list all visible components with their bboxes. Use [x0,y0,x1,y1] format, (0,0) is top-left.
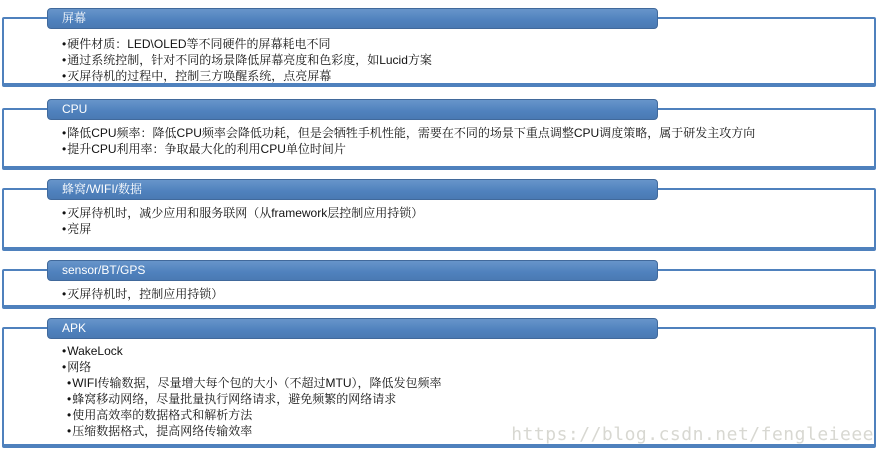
bullet-icon: • [67,392,71,406]
section-sensor-bt-gps-content: •灭屏待机时，控制应用持锁） [62,286,874,302]
bullet-item: •网络 [62,359,874,375]
bullet-text: 网络 [67,360,91,374]
bullet-item: •硬件材质：LED\OLED等不同硬件的屏幕耗电不同 [62,36,874,52]
section-cellular-wifi-data-content: •灭屏待机时，减少应用和服务联网（从framework层控制应用持锁） •亮屏 [62,205,874,237]
section-screen-title: 屏幕 [62,11,86,25]
bullet-icon: • [62,206,66,220]
section-screen-content: •硬件材质：LED\OLED等不同硬件的屏幕耗电不同 •通过系统控制，针对不同的… [62,36,874,84]
bullet-text: 蜂窝移动网络，尽量批量执行网络请求，避免频繁的网络请求 [72,392,396,406]
bullet-text: 硬件材质：LED\OLED等不同硬件的屏幕耗电不同 [67,37,330,51]
section-cpu-header: CPU [47,99,658,120]
bullet-item: •提升CPU利用率：争取最大化的利用CPU单位时间片 [62,141,874,157]
slide-canvas: 屏幕 •硬件材质：LED\OLED等不同硬件的屏幕耗电不同 •通过系统控制，针对… [0,0,880,452]
bullet-text: 灭屏待机时，控制应用持锁） [67,287,223,301]
csdn-watermark: https://blog.csdn.net/fengleieee [511,424,874,445]
bullet-text: 压缩数据格式，提高网络传输效率 [72,424,252,438]
bullet-item: •蜂窝移动网络，尽量批量执行网络请求，避免频繁的网络请求 [62,391,874,407]
bullet-icon: • [62,287,66,301]
bullet-text: WIFI传输数据，尽量增大每个包的大小（不超过MTU），降低发包频率 [72,376,441,390]
section-sensor-bt-gps-header: sensor/BT/GPS [47,260,658,281]
section-apk-title: APK [62,321,86,335]
bullet-icon: • [67,376,71,390]
section-cellular-wifi-data-title: 蜂窝/WIFI/数据 [62,182,142,196]
section-screen-header: 屏幕 [47,8,658,29]
bullet-icon: • [62,360,66,374]
bullet-icon: • [62,53,66,67]
bullet-text: 通过系统控制，针对不同的场景降低屏幕亮度和色彩度，如Lucid方案 [67,53,432,67]
bullet-item: •使用高效率的数据格式和解析方法 [62,407,874,423]
bullet-item: •灭屏待机的过程中，控制三方唤醒系统，点亮屏幕 [62,68,874,84]
section-sensor-bt-gps-title: sensor/BT/GPS [62,263,145,277]
bullet-icon: • [67,424,71,438]
bullet-item: •亮屏 [62,221,874,237]
bullet-item: •WIFI传输数据，尽量增大每个包的大小（不超过MTU），降低发包频率 [62,375,874,391]
bullet-item: •灭屏待机时，减少应用和服务联网（从framework层控制应用持锁） [62,205,874,221]
section-cellular-wifi-data-header: 蜂窝/WIFI/数据 [47,179,658,200]
bullet-icon: • [62,142,66,156]
bullet-text: 灭屏待机的过程中，控制三方唤醒系统，点亮屏幕 [67,69,331,83]
bullet-icon: • [62,69,66,83]
bullet-text: WakeLock [67,344,123,358]
bullet-item: •WakeLock [62,343,874,359]
section-cpu-title: CPU [62,102,87,116]
bullet-item: •通过系统控制，针对不同的场景降低屏幕亮度和色彩度，如Lucid方案 [62,52,874,68]
bullet-text: 灭屏待机时，减少应用和服务联网（从framework层控制应用持锁） [67,206,423,220]
bullet-text: 亮屏 [67,222,91,236]
bullet-item: •降低CPU频率：降低CPU频率会降低功耗，但是会牺牲手机性能，需要在不同的场景… [62,125,874,141]
bullet-icon: • [62,126,66,140]
section-cpu-content: •降低CPU频率：降低CPU频率会降低功耗，但是会牺牲手机性能，需要在不同的场景… [62,125,874,157]
bullet-icon: • [62,37,66,51]
bullet-icon: • [62,344,66,358]
bullet-icon: • [67,408,71,422]
bullet-text: 使用高效率的数据格式和解析方法 [72,408,252,422]
bullet-item: •灭屏待机时，控制应用持锁） [62,286,874,302]
bullet-text: 降低CPU频率：降低CPU频率会降低功耗，但是会牺牲手机性能，需要在不同的场景下… [67,126,755,140]
bullet-text: 提升CPU利用率：争取最大化的利用CPU单位时间片 [67,142,346,156]
section-apk-header: APK [47,318,658,339]
bullet-icon: • [62,222,66,236]
